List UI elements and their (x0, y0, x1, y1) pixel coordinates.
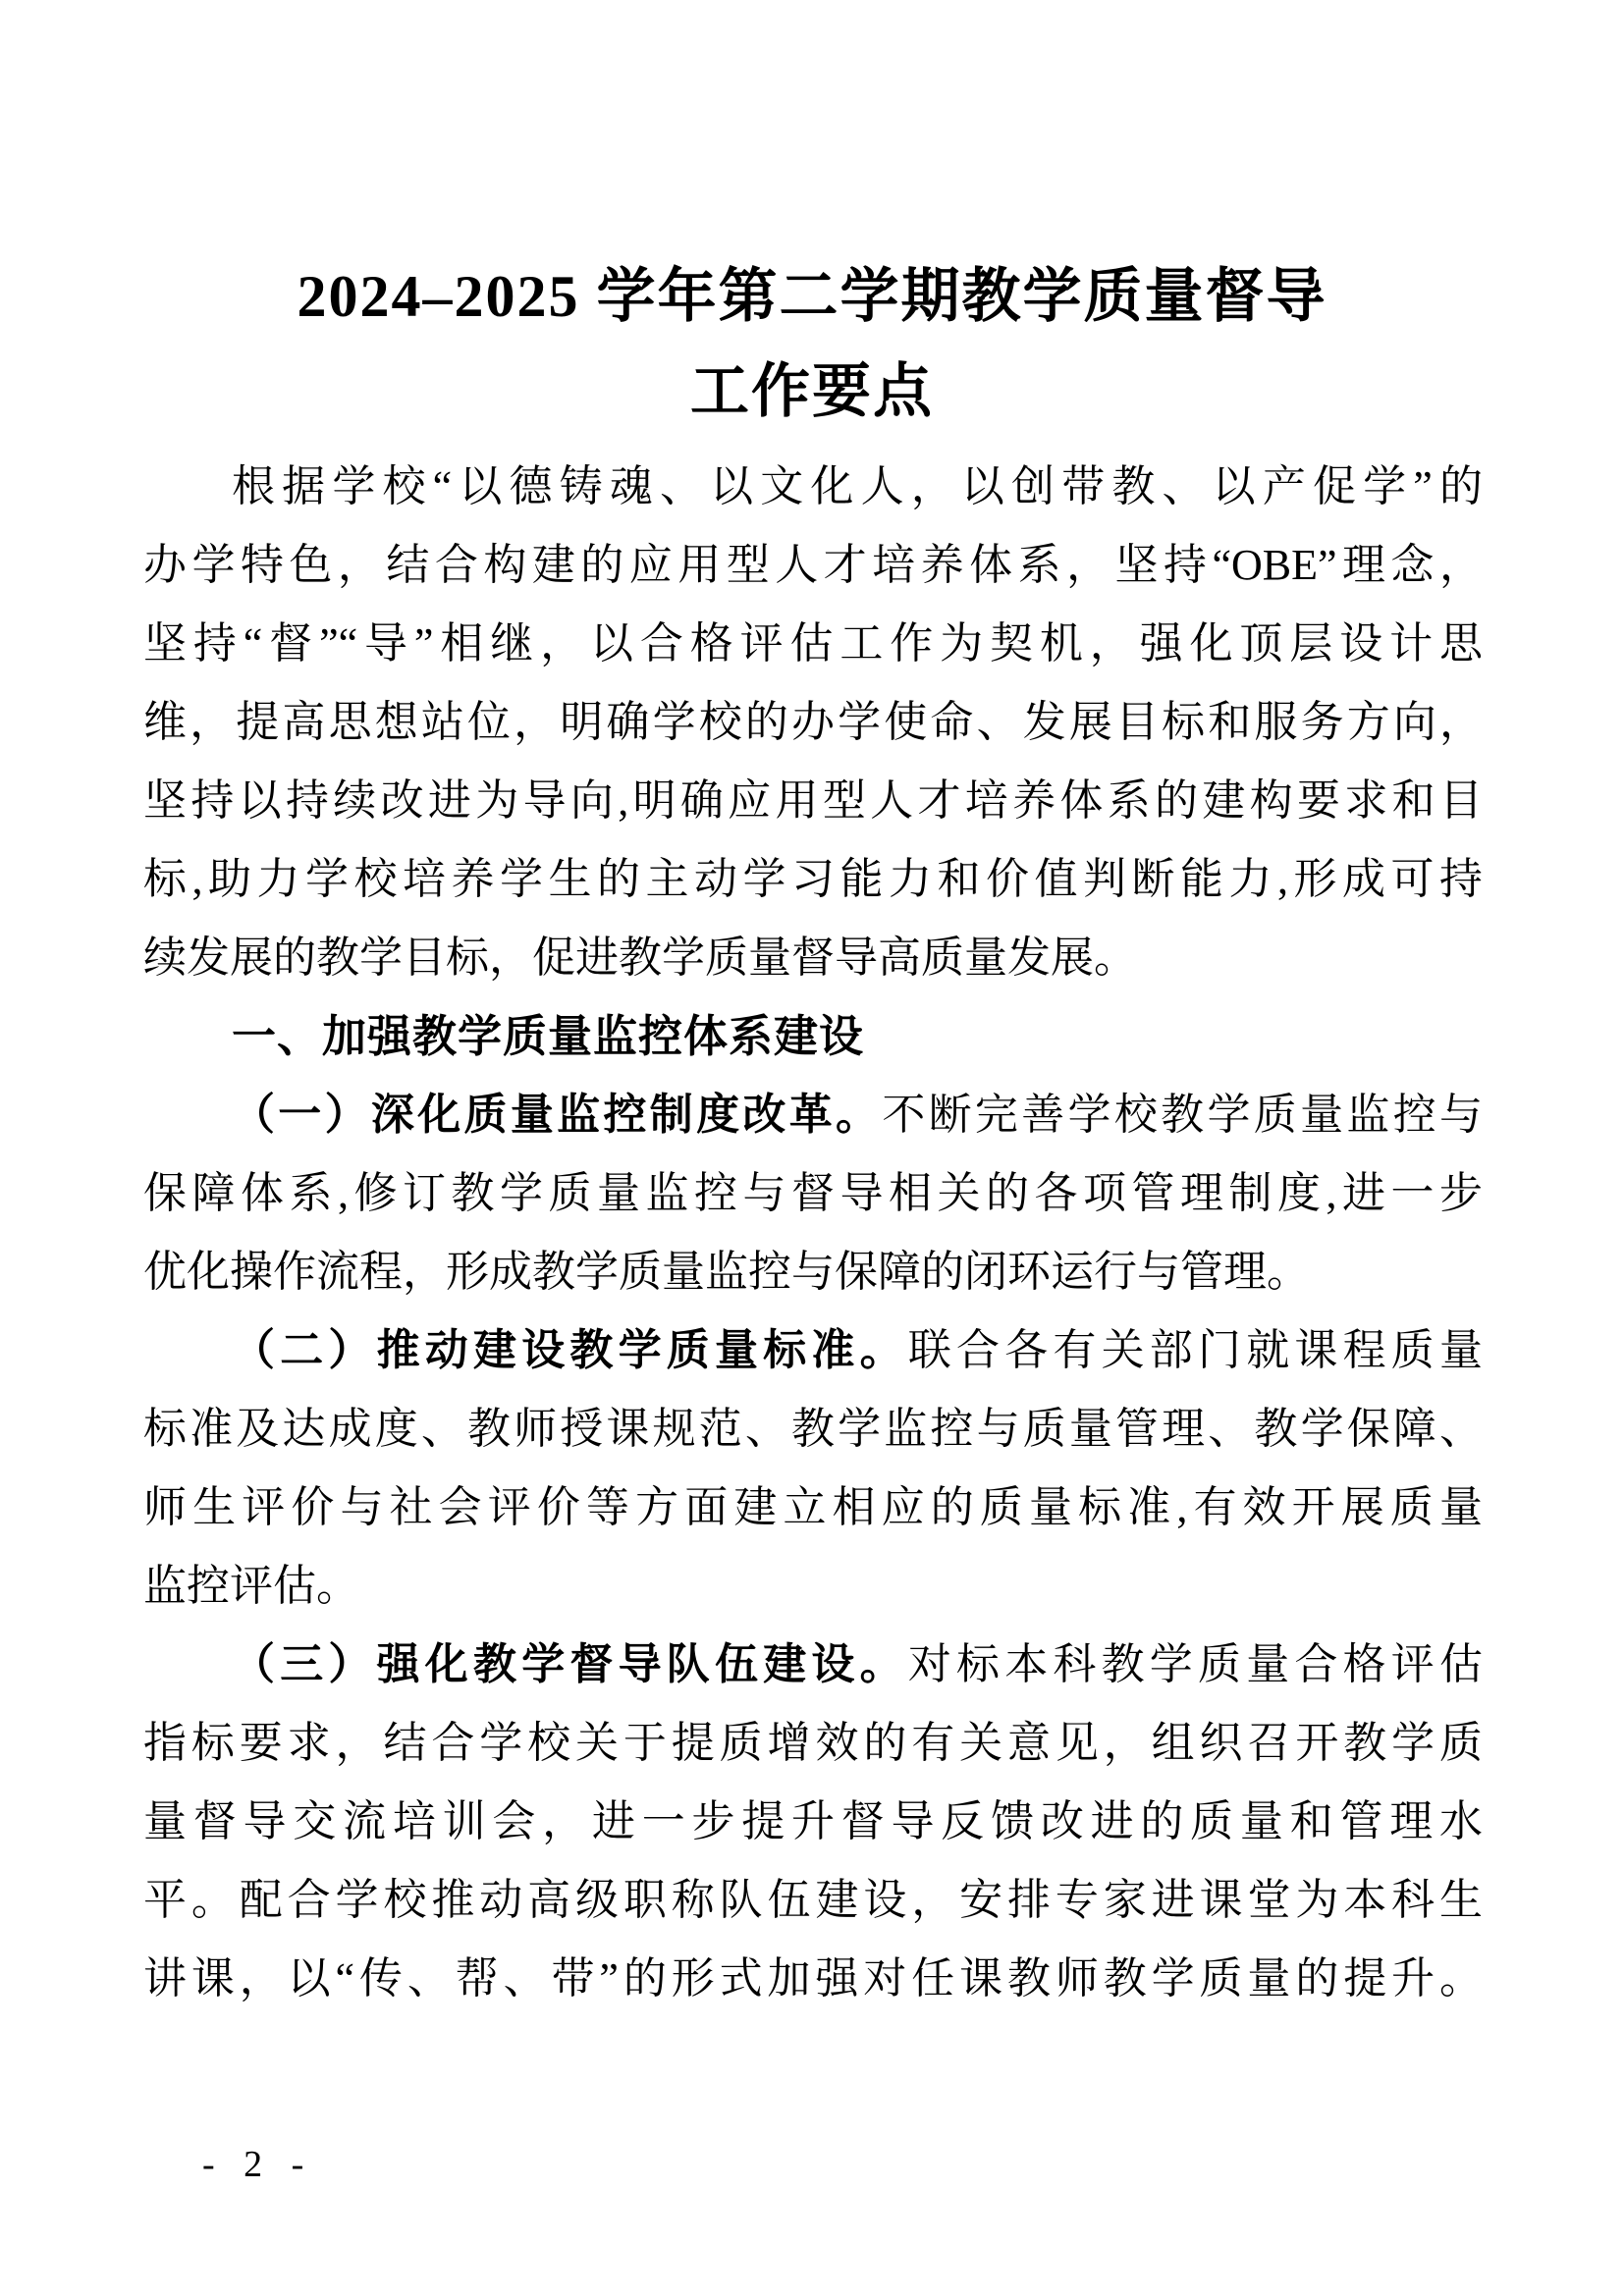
text-run: （二）推动建设教学质量标准。 (232, 1326, 908, 1374)
text-run: 一、加强教学质量监控体系建设 (232, 1011, 864, 1061)
text-line: 保障体系,修订教学质量监控与督导相关的各项管理制度,进一步 (143, 1154, 1483, 1233)
text-line: 优化操作流程，形成教学质量监控与保障的闭环运行与管理。 (143, 1233, 1483, 1311)
text-line: 办学特色，结合构建的应用型人才培养体系，坚持“OBE”理念， (143, 526, 1483, 605)
text-run: 维，提高思想站位，明确学校的办学使命、发展目标和服务方向， (143, 698, 1483, 746)
text-run: 讲课，以“传、帮、带”的形式加强对任课教师教学质量的提升。 (143, 1954, 1483, 2002)
text-line: 平。配合学校推动高级职称队伍建设，安排专家进课堂为本科生 (143, 1861, 1483, 1940)
text-run: 办学特色，结合构建的应用型人才培养体系，坚持“OBE”理念， (143, 541, 1483, 589)
text-line: 监控评估。 (143, 1547, 1483, 1626)
text-run: （一）深化质量监控制度改革。 (232, 1091, 882, 1139)
text-line: 坚持“督”“导”相继，以合格评估工作为契机，强化顶层设计思 (143, 605, 1483, 683)
text-line: （三）强化教学督导队伍建设。对标本科教学质量合格评估 (143, 1626, 1483, 1704)
text-run: 根据学校“以德铸魂、以文化人，以创带教、以产促学”的 (232, 462, 1483, 510)
text-run: 坚持以持续改进为导向,明确应用型人才培养体系的建构要求和目 (143, 776, 1483, 825)
text-run: 对标本科教学质量合格评估 (908, 1640, 1483, 1688)
text-run: 保障体系,修订教学质量监控与督导相关的各项管理制度,进一步 (143, 1169, 1483, 1217)
text-run: 标,助力学校培养学生的主动学习能力和价值判断能力,形成可持 (143, 855, 1483, 903)
text-run: （三）强化教学督导队伍建设。 (232, 1640, 908, 1688)
text-run: 指标要求，结合学校关于提质增效的有关意见，组织召开教学质 (143, 1719, 1483, 1767)
text-run: 平。配合学校推动高级职称队伍建设，安排专家进课堂为本科生 (143, 1876, 1483, 1924)
text-line: 续发展的教学目标，促进教学质量督导高质量发展。 (143, 919, 1483, 997)
text-run: 坚持“督”“导”相继，以合格评估工作为契机，强化顶层设计思 (143, 619, 1483, 667)
text-line: 标准及达成度、教师授课规范、教学监控与质量管理、教学保障、 (143, 1390, 1483, 1468)
text-line: 讲课，以“传、帮、带”的形式加强对任课教师教学质量的提升。 (143, 1940, 1483, 2018)
text-run: 师生评价与社会评价等方面建立相应的质量标准,有效开展质量 (143, 1483, 1483, 1531)
text-run: 优化操作流程，形成教学质量监控与保障的闭环运行与管理。 (143, 1248, 1310, 1296)
text-line: 师生评价与社会评价等方面建立相应的质量标准,有效开展质量 (143, 1468, 1483, 1547)
section-heading: 一、加强教学质量监控体系建设 (143, 997, 1483, 1076)
document-page: 2024–2025 学年第二学期教学质量督导 工作要点 根据学校“以德铸魂、以文… (0, 0, 1624, 2296)
document-title-line2: 工作要点 (0, 345, 1624, 440)
text-run: 标准及达成度、教师授课规范、教学监控与质量管理、教学保障、 (143, 1405, 1483, 1453)
text-line: 坚持以持续改进为导向,明确应用型人才培养体系的建构要求和目 (143, 762, 1483, 840)
text-run: 联合各有关部门就课程质量 (908, 1326, 1483, 1374)
text-line: 量督导交流培训会，进一步提升督导反馈改进的质量和管理水 (143, 1783, 1483, 1861)
document-title-line1: 2024–2025 学年第二学期教学质量督导 (0, 249, 1624, 345)
text-line: （一）深化质量监控制度改革。不断完善学校教学质量监控与 (143, 1076, 1483, 1154)
text-line: （二）推动建设教学质量标准。联合各有关部门就课程质量 (143, 1311, 1483, 1390)
text-run: 监控评估。 (143, 1562, 359, 1610)
document-title: 2024–2025 学年第二学期教学质量督导 工作要点 (0, 249, 1624, 440)
text-line: 标,助力学校培养学生的主动学习能力和价值判断能力,形成可持 (143, 840, 1483, 919)
text-line: 维，提高思想站位，明确学校的办学使命、发展目标和服务方向， (143, 683, 1483, 762)
text-line: 根据学校“以德铸魂、以文化人，以创带教、以产促学”的 (143, 448, 1483, 526)
document-body: 根据学校“以德铸魂、以文化人，以创带教、以产促学”的办学特色，结合构建的应用型人… (143, 448, 1483, 2018)
text-run: 不断完善学校教学质量监控与 (882, 1091, 1483, 1139)
text-run: 续发展的教学目标，促进教学质量督导高质量发展。 (143, 934, 1137, 982)
text-run: 量督导交流培训会，进一步提升督导反馈改进的质量和管理水 (143, 1797, 1483, 1845)
text-line: 指标要求，结合学校关于提质增效的有关意见，组织召开教学质 (143, 1704, 1483, 1783)
page-number: - 2 - (202, 2140, 303, 2189)
